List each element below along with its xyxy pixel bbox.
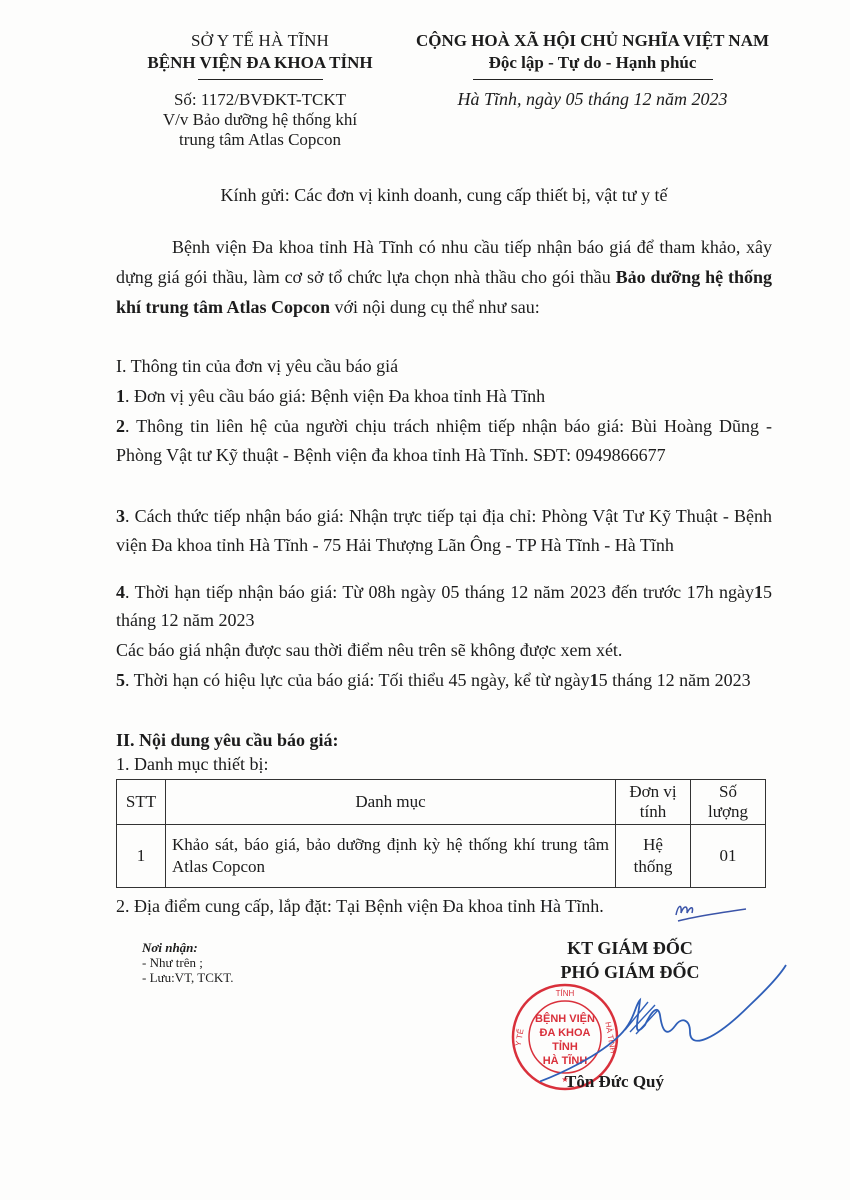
header-unit: Đơn vị tính <box>616 780 691 825</box>
subject-line-1: V/v Bảo dưỡng hệ thống khí <box>110 110 410 130</box>
section-1-item-3: 3. Cách thức tiếp nhận báo giá: Nhận trự… <box>116 502 772 560</box>
cell-item: Khảo sát, báo giá, bảo dưỡng định kỳ hệ … <box>166 825 616 888</box>
recipient-item: - Như trên ; <box>142 955 234 970</box>
header-left-divider <box>198 79 323 80</box>
signer-name: Tôn Đức Quý <box>565 1072 664 1092</box>
initials-mark <box>668 895 748 925</box>
header-item: Danh mục <box>166 780 616 825</box>
header-qty: Số lượng <box>691 780 766 825</box>
section-1-title: I. Thông tin của đơn vị yêu cầu báo giá <box>116 352 772 380</box>
equipment-table: STT Danh mục Đơn vị tính Số lượng 1 Khảo… <box>116 779 766 888</box>
header-stt: STT <box>117 780 166 825</box>
cell-qty: 01 <box>691 825 766 888</box>
section-2-title: II. Nội dung yêu cầu báo giá: <box>116 726 772 754</box>
signature-line-1: KT GIÁM ĐỐC <box>530 936 730 960</box>
section-1-item-5: 5. Thời hạn có hiệu lực của báo giá: Tối… <box>116 666 772 694</box>
cell-stt: 1 <box>117 825 166 888</box>
national-motto: Độc lập - Tự do - Hạnh phúc <box>385 52 800 74</box>
table-header-row: STT Danh mục Đơn vị tính Số lượng <box>117 780 766 825</box>
handwritten-correction: 1 <box>590 670 599 690</box>
place-date: Hà Tĩnh, ngày 05 tháng 12 năm 2023 <box>385 88 800 110</box>
header-right-divider <box>473 79 713 80</box>
header-left: SỞ Y TẾ HÀ TĨNH BỆNH VIỆN ĐA KHOA TỈNH S… <box>110 30 410 150</box>
recipients-title: Nơi nhận: <box>142 940 234 955</box>
document-number: Số: 1172/BVĐKT-TCKT <box>110 90 410 110</box>
section-1-item-1: 1. Đơn vị yêu cầu báo giá: Bệnh viện Đa … <box>116 382 772 410</box>
department-name: SỞ Y TẾ HÀ TĨNH <box>110 30 410 52</box>
header-right: CỘNG HOÀ XÃ HỘI CHỦ NGHĨA VIỆT NAM Độc l… <box>385 30 800 110</box>
intro-text-after: với nội dung cụ thể như sau: <box>330 297 540 317</box>
cell-unit: Hệ thống <box>616 825 691 888</box>
country-name: CỘNG HOÀ XÃ HỘI CHỦ NGHĨA VIỆT NAM <box>385 30 800 52</box>
intro-paragraph: Bệnh viện Đa khoa tỉnh Hà Tĩnh có nhu cầ… <box>116 232 772 322</box>
section-1-item-4: 4. Thời hạn tiếp nhận báo giá: Từ 08h ng… <box>116 578 772 634</box>
table-row: 1 Khảo sát, báo giá, bảo dưỡng định kỳ h… <box>117 825 766 888</box>
document-page: SỞ Y TẾ HÀ TĨNH BỆNH VIỆN ĐA KHOA TỈNH S… <box>0 0 850 1200</box>
section-1-note: Các báo giá nhận được sau thời điểm nêu … <box>116 636 772 664</box>
addressee: Kính gửi: Các đơn vị kinh doanh, cung cấ… <box>116 185 772 206</box>
equipment-list-title: 1. Danh mục thiết bị: <box>116 752 772 776</box>
recipients-block: Nơi nhận: - Như trên ; - Lưu:VT, TCKT. <box>142 940 234 985</box>
section-1-item-2: 2. Thông tin liên hệ của người chịu trác… <box>116 412 772 470</box>
recipient-item: - Lưu:VT, TCKT. <box>142 970 234 985</box>
subject-line-2: trung tâm Atlas Copcon <box>110 130 410 150</box>
handwritten-correction: 1 <box>754 582 763 602</box>
organization-name: BỆNH VIỆN ĐA KHOA TỈNH <box>110 52 410 74</box>
